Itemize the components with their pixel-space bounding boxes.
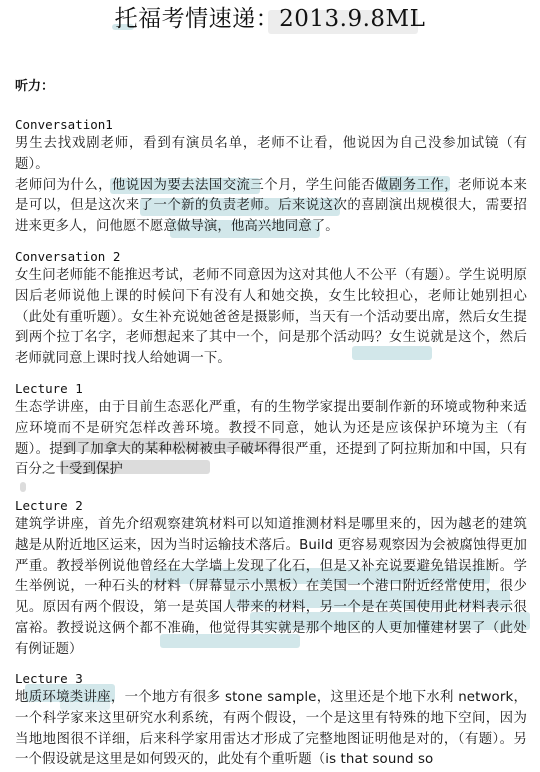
block-lecture-3: Lecture 3 地质环境类讲座，一个地方有很多 stone sample，这… xyxy=(15,670,527,771)
block-heading: Conversation1 xyxy=(15,116,527,134)
block-body: 女生问老师能不能推迟考试，老师不同意因为这对其他人不公平（有题）。学生说明原因后… xyxy=(15,266,527,370)
block-conversation-1: Conversation1 男生去找戏剧老师，看到有演员名单，老师不让看，他说因… xyxy=(15,116,527,238)
paragraph: 老师问为什么，他说因为要去法国交流三个月，学生问能否做剧务工作，老师说本来是可以… xyxy=(15,176,527,238)
block-lecture-2: Lecture 2 建筑学讲座，首先介绍观察建筑材料可以知道推测材料是哪里来的，… xyxy=(15,497,527,661)
block-body: 建筑学讲座，首先介绍观察建筑材料可以知道推测材料是哪里来的，因为越老的建筑越是从… xyxy=(15,515,527,661)
block-heading: Conversation 2 xyxy=(15,248,527,266)
block-lecture-1: Lecture 1 生态学讲座，由于目前生态恶化严重，有的生物学家提出要制作新的… xyxy=(15,380,527,481)
paragraph: 女生问老师能不能推迟考试，老师不同意因为这对其他人不公平（有题）。学生说明原因后… xyxy=(15,266,527,370)
block-heading: Lecture 1 xyxy=(15,380,527,398)
block-heading: Lecture 2 xyxy=(15,497,527,515)
block-body: 生态学讲座，由于目前生态恶化严重，有的生物学家提出要制作新的环境或物种来适应环境… xyxy=(15,398,527,481)
paragraph: 建筑学讲座，首先介绍观察建筑材料可以知道推测材料是哪里来的，因为越老的建筑越是从… xyxy=(15,515,527,661)
block-heading: Lecture 3 xyxy=(15,670,527,688)
paragraph: 地质环境类讲座，一个地方有很多 stone sample，这里还是个地下水利 n… xyxy=(15,688,527,771)
section-label-listening: 听力： xyxy=(15,78,54,96)
document-title: 托福考情速递：2013.9.8ML xyxy=(0,4,540,34)
block-body: 男生去找戏剧老师，看到有演员名单，老师不让看，他说因为自己没参加试镜（有题）。 … xyxy=(15,134,527,238)
paragraph: 生态学讲座，由于目前生态恶化严重，有的生物学家提出要制作新的环境或物种来适应环境… xyxy=(15,398,527,481)
paragraph: 男生去找戏剧老师，看到有演员名单，老师不让看，他说因为自己没参加试镜（有题）。 xyxy=(15,134,527,176)
block-conversation-2: Conversation 2 女生问老师能不能推迟考试，老师不同意因为这对其他人… xyxy=(15,248,527,370)
block-body: 地质环境类讲座，一个地方有很多 stone sample，这里还是个地下水利 n… xyxy=(15,688,527,771)
document-page: 托福考情速递：2013.9.8ML 听力： Conversation1 男生去找… xyxy=(0,0,540,772)
